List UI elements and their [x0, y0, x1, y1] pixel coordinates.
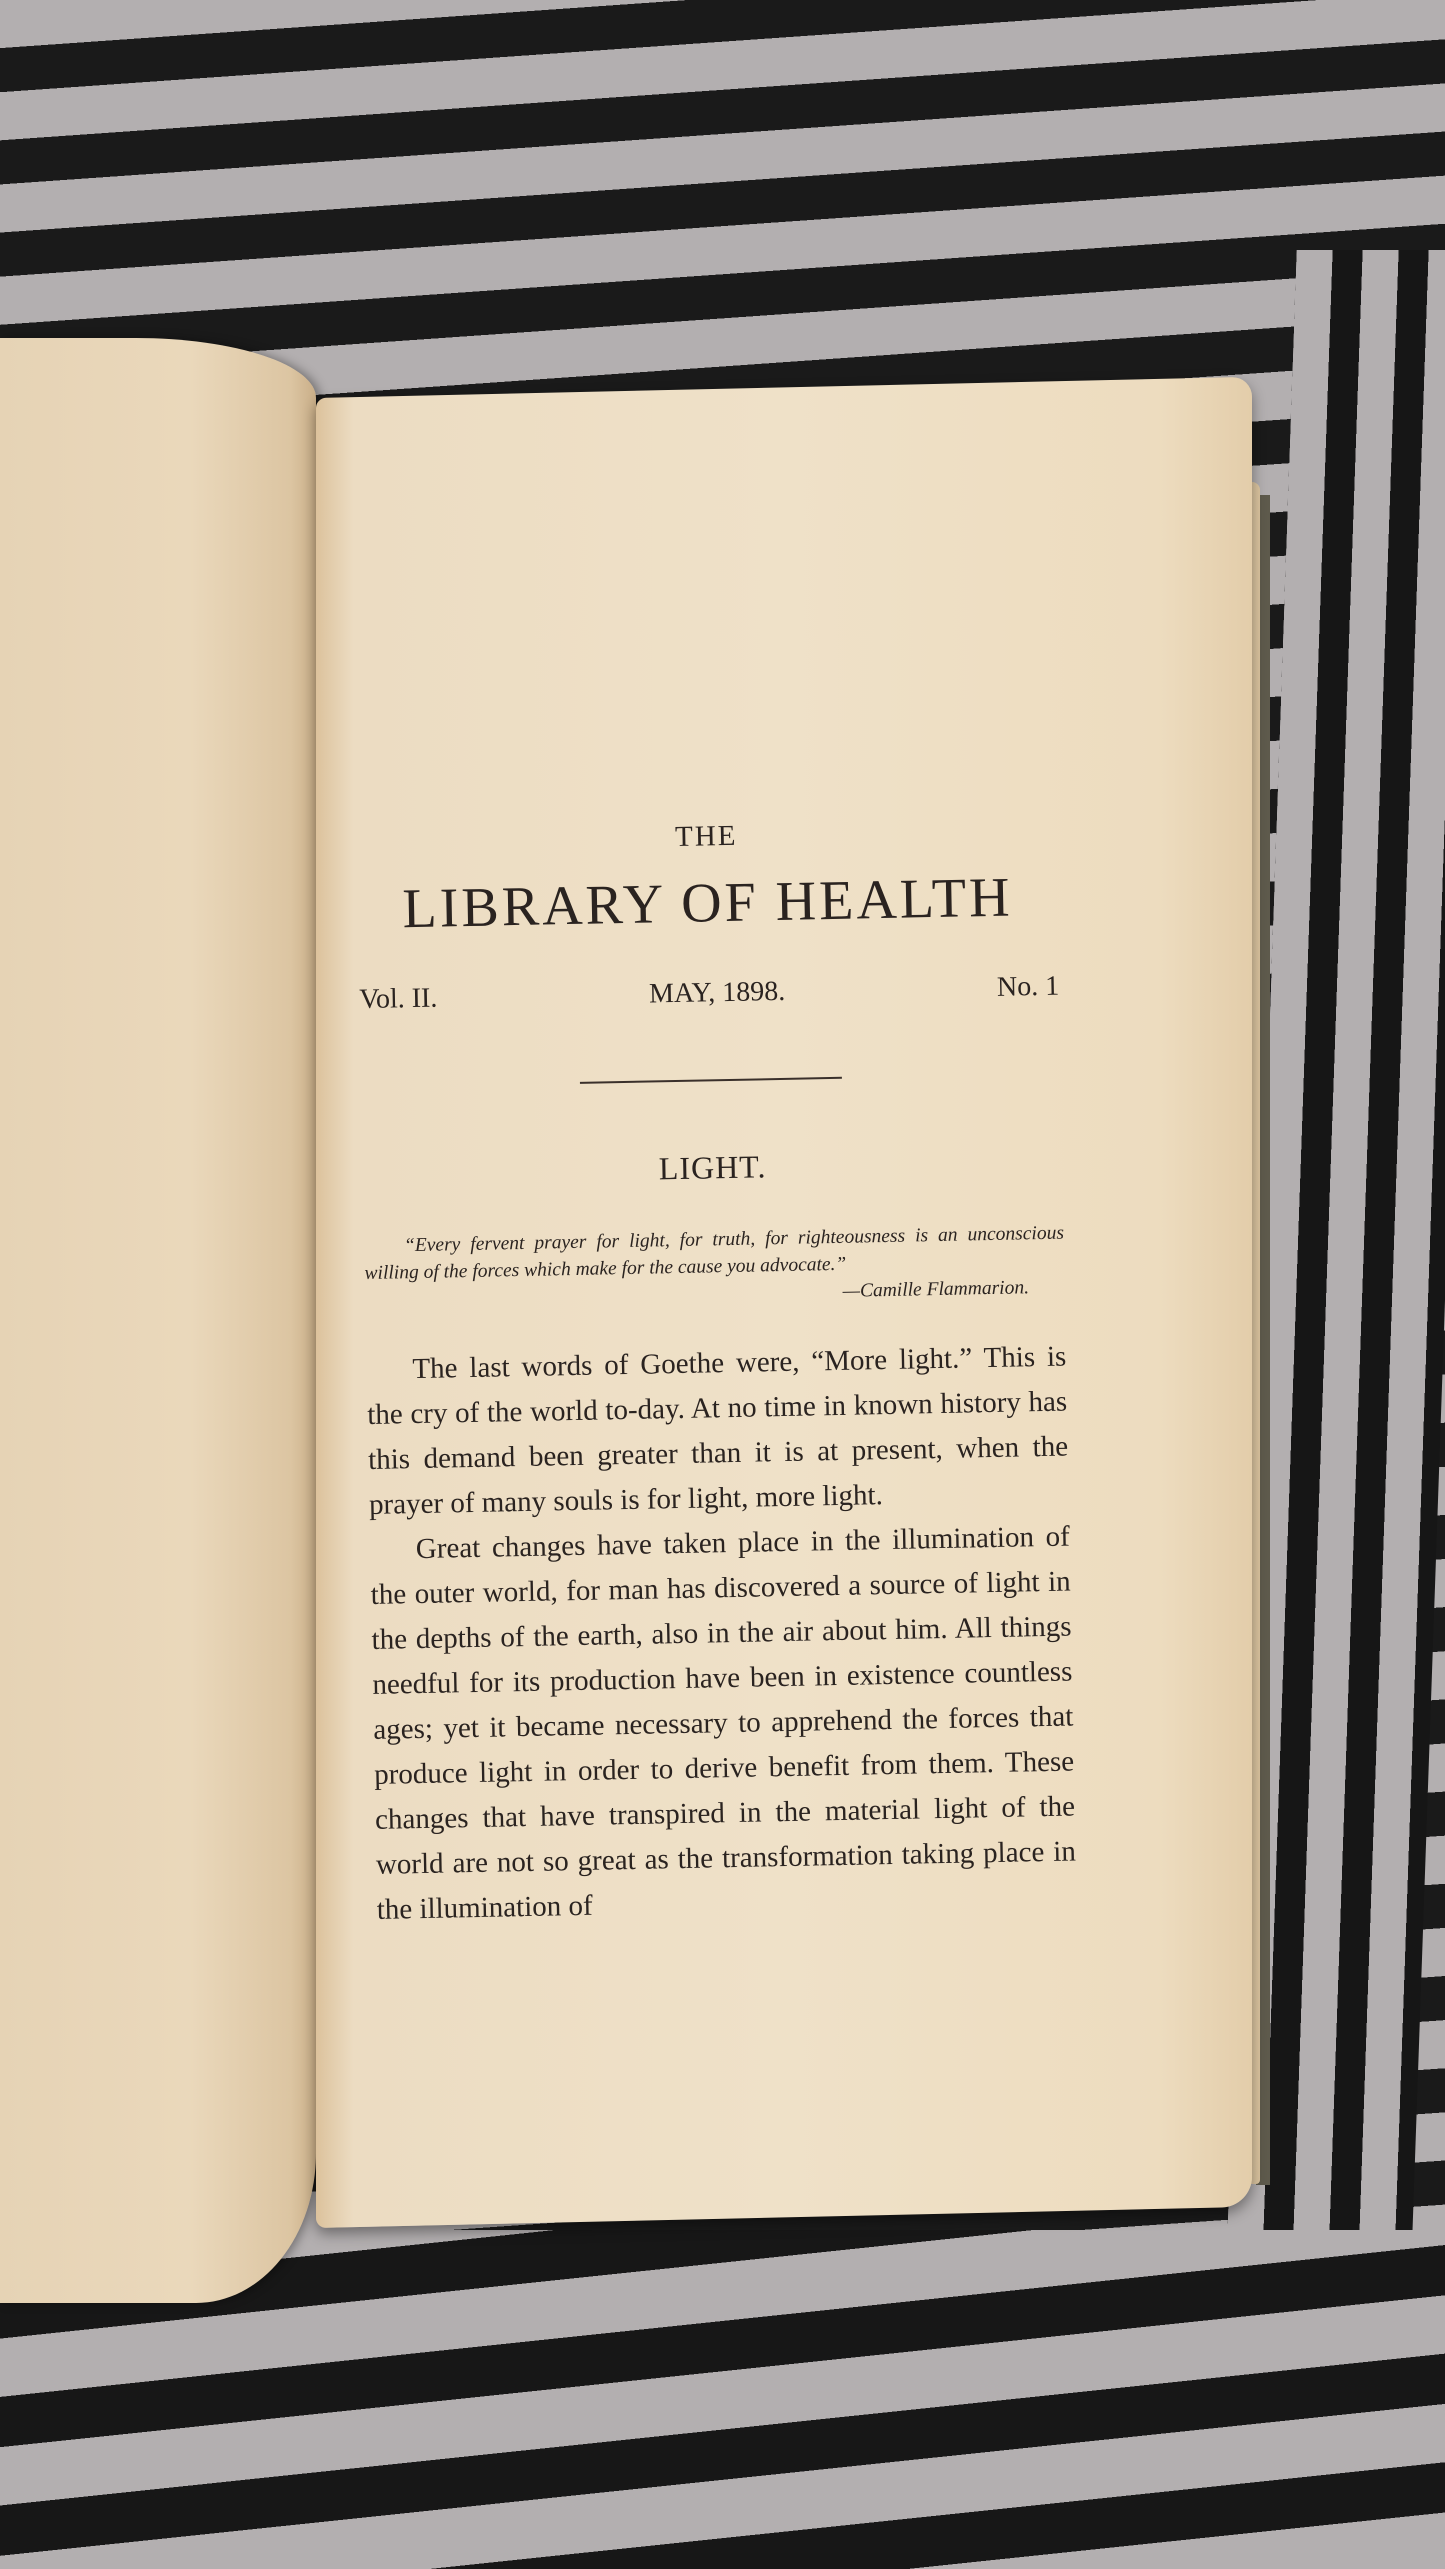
- paragraph: The last words of Goethe were, “More lig…: [366, 1335, 1069, 1528]
- epigraph: “Every fervent prayer for light, for tru…: [364, 1220, 1065, 1314]
- volume-label: Vol. II.: [359, 983, 438, 1016]
- issue-line: Vol. II. MAY, 1898. No. 1: [359, 971, 1059, 1016]
- horizontal-rule-divider: [580, 1077, 842, 1084]
- left-page-blank: [0, 338, 316, 2303]
- paragraph: Great changes have taken place in the il…: [369, 1515, 1077, 1933]
- right-page: THE LIBRARY OF HEALTH Vol. II. MAY, 1898…: [316, 377, 1252, 2228]
- masthead-article: THE: [356, 814, 1057, 860]
- issue-date: MAY, 1898.: [649, 976, 786, 1011]
- publication-title: LIBRARY OF HEALTH: [357, 865, 1058, 942]
- article-body: The last words of Goethe were, “More lig…: [366, 1335, 1077, 1933]
- page-content: THE LIBRARY OF HEALTH Vol. II. MAY, 1898…: [356, 814, 1077, 1933]
- article-title: LIGHT.: [362, 1143, 1063, 1193]
- issue-number: No. 1: [997, 971, 1060, 1004]
